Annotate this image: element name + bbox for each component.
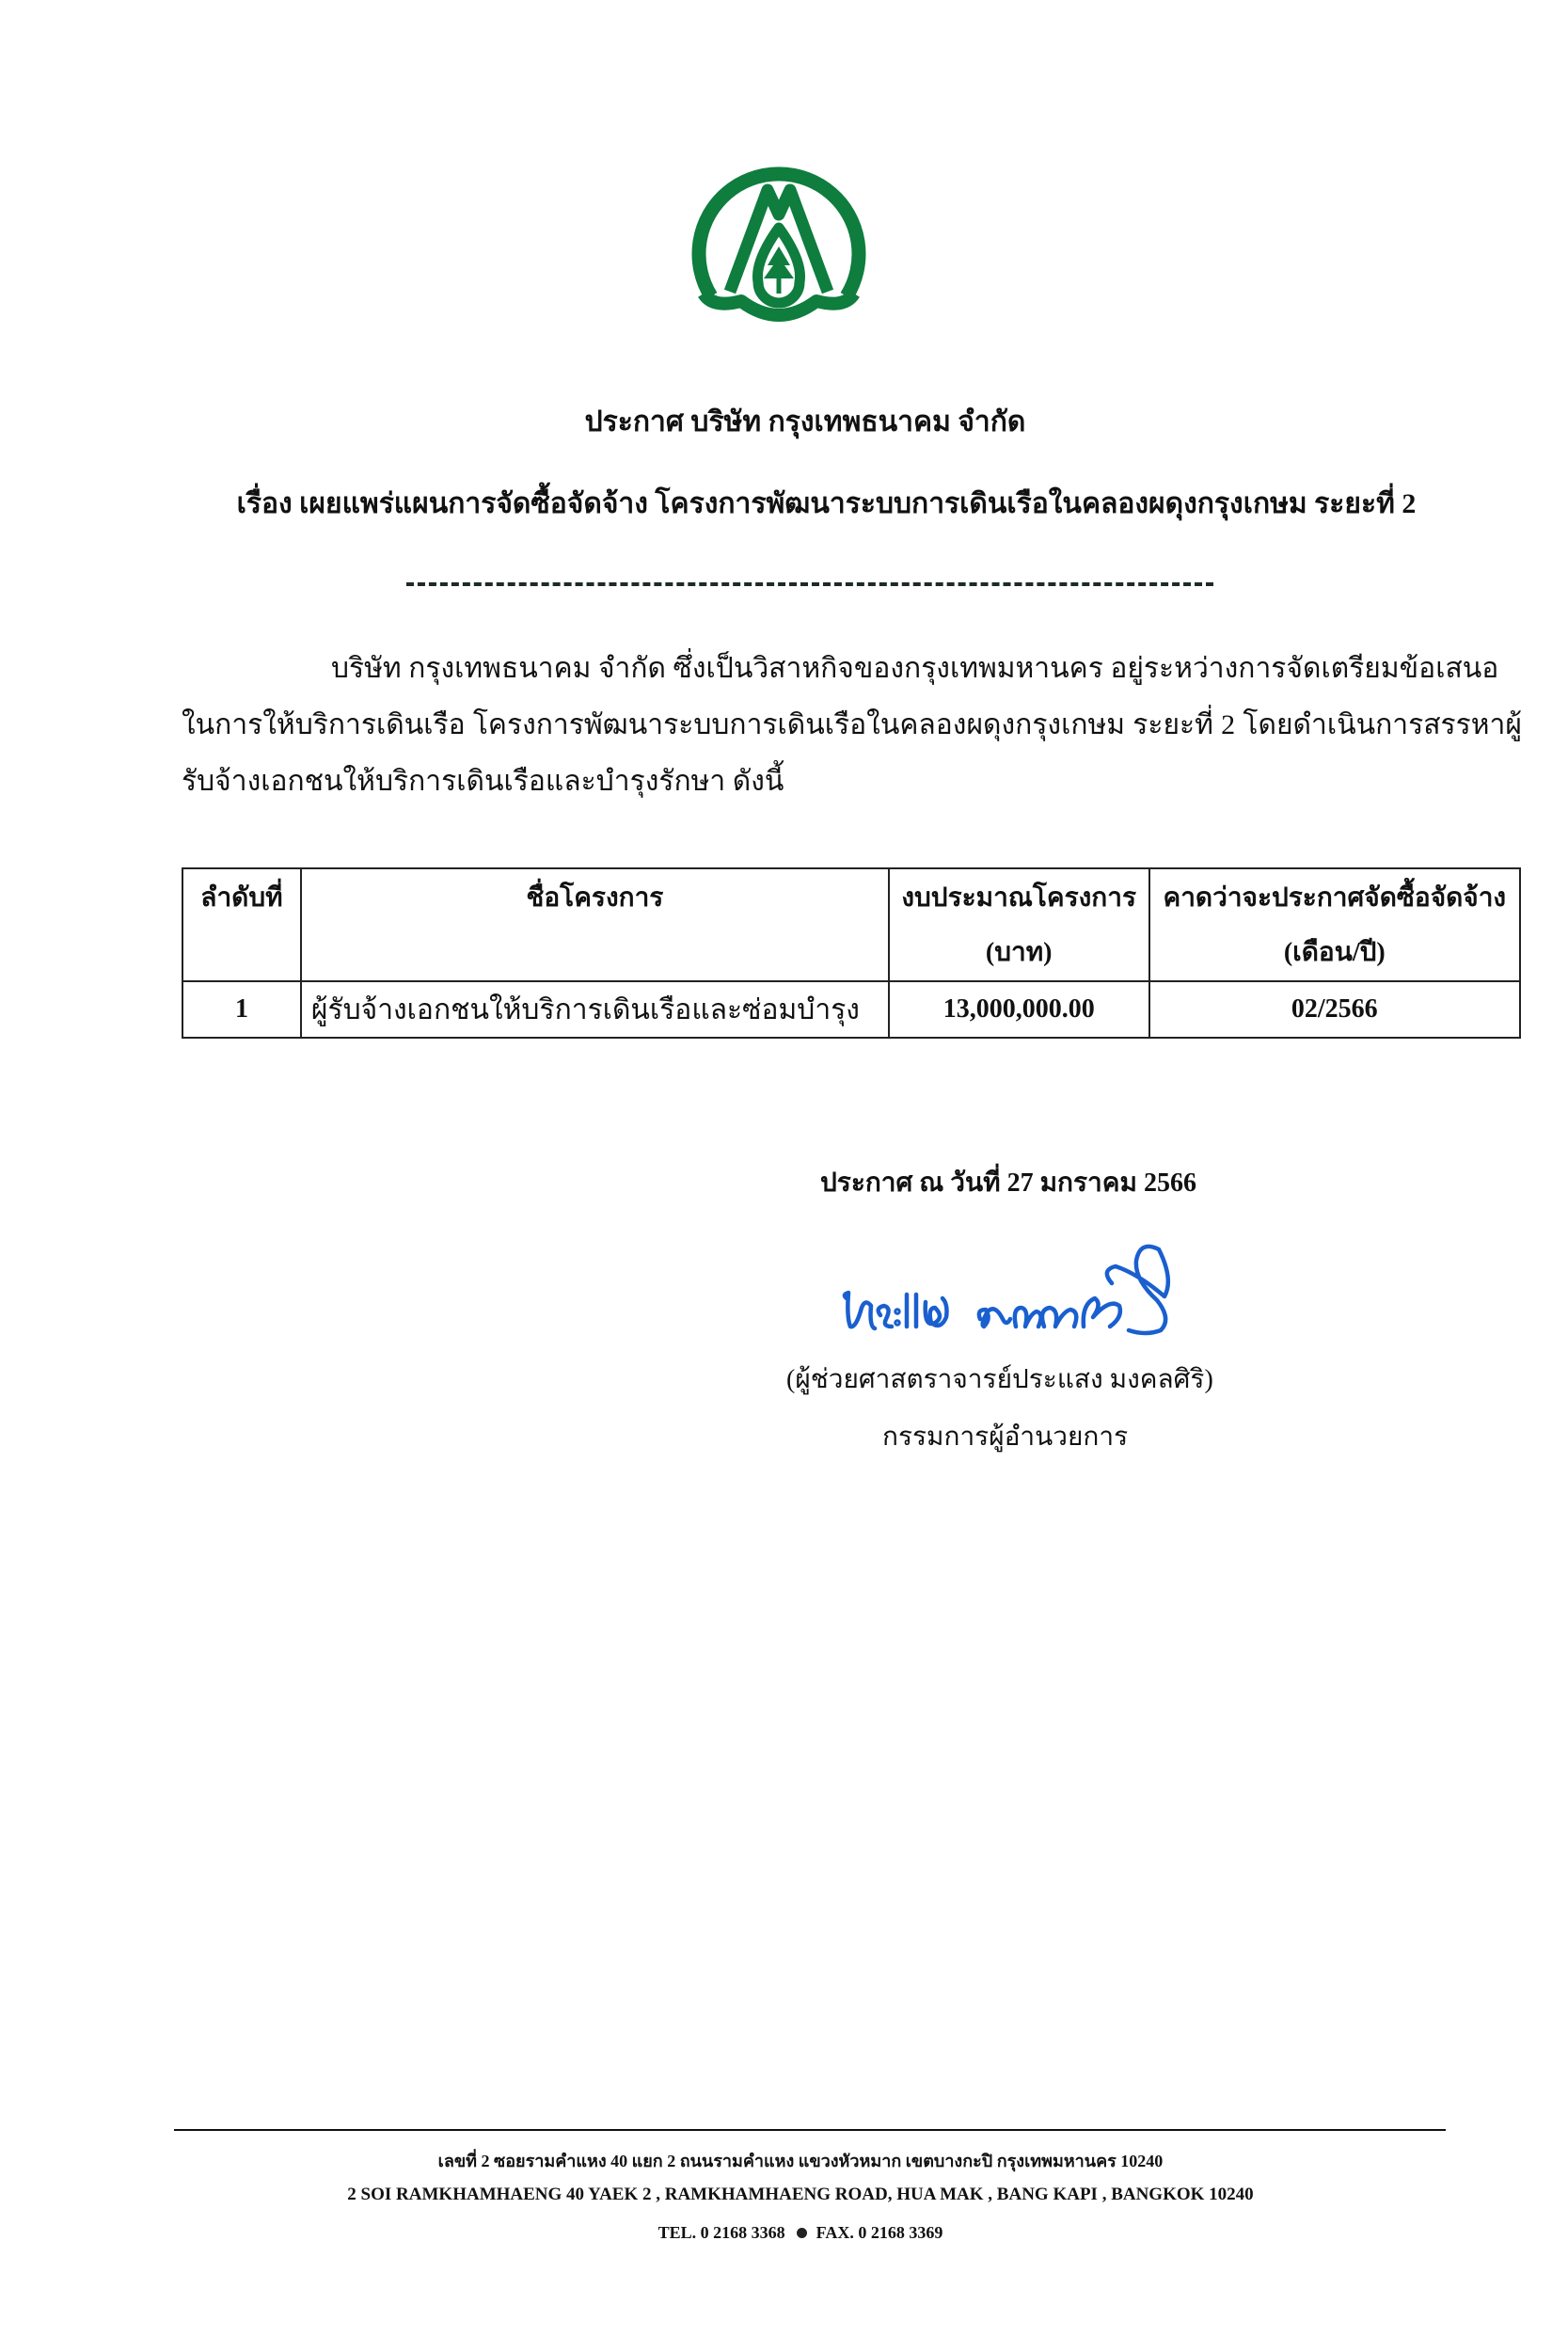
header-budget: งบประมาณโครงการ(บาท) — [889, 868, 1149, 981]
cell-expected-date: 02/2566 — [1149, 981, 1520, 1038]
signer-name: (ผู้ช่วยศาสตราจารย์ประแสง มงคลศิริ) — [786, 1359, 1213, 1400]
announcement-date: ประกาศ ณ วันที่ 27 มกราคม 2566 — [820, 1162, 1196, 1203]
table-row: 1 ผู้รับจ้างเอกชนให้บริการเดินเรือและซ่อ… — [182, 981, 1520, 1038]
handwritten-signature-icon — [837, 1232, 1185, 1345]
signer-position: กรรมการผู้อำนวยการ — [882, 1416, 1128, 1457]
footer-divider — [174, 2129, 1446, 2131]
header-label: ชื่อโครงการ — [526, 883, 663, 913]
procurement-plan-table: ลำดับที่ ชื่อโครงการ งบประมาณโครงการ(บาท… — [182, 867, 1521, 1039]
body-paragraph-line-1: บริษัท กรุงเทพธนาคม จำกัด ซึ่งเป็นวิสาหก… — [331, 646, 1450, 691]
header-sublabel: (บาท) — [986, 938, 1053, 967]
announcement-subject: เรื่อง เผยแพร่แผนการจัดซื้อจัดจ้าง โครงก… — [0, 482, 1568, 526]
header-sublabel: (เดือน/ปี) — [1284, 938, 1386, 967]
header-sequence: ลำดับที่ — [182, 868, 301, 981]
separator-line — [406, 582, 1213, 586]
announcement-title: ประกาศ บริษัท กรุงเทพธนาคม จำกัด — [0, 400, 1568, 444]
footer-fax: FAX. 0 2168 3369 — [816, 2223, 943, 2242]
cell-project-name: ผู้รับจ้างเอกชนให้บริการเดินเรือและซ่อมบ… — [301, 981, 889, 1038]
body-paragraph-line-2: ในการให้บริการเดินเรือ โครงการพัฒนาระบบก… — [182, 703, 1522, 747]
footer-address-thai: เลขที่ 2 ซอยรามคำแหง 40 แยก 2 ถนนรามคำแห… — [0, 2147, 1568, 2174]
footer-address-english: 2 SOI RAMKHAMHAENG 40 YAEK 2 , RAMKHAMHA… — [0, 2185, 1568, 2205]
cell-sequence: 1 — [182, 981, 301, 1038]
header-label: งบประมาณโครงการ — [901, 883, 1136, 913]
table-header-row: ลำดับที่ ชื่อโครงการ งบประมาณโครงการ(บาท… — [182, 868, 1520, 981]
bullet-icon — [797, 2228, 807, 2238]
cell-budget: 13,000,000.00 — [889, 981, 1149, 1038]
header-label: ลำดับที่ — [200, 883, 282, 913]
header-project-name: ชื่อโครงการ — [301, 868, 889, 981]
footer-tel: TEL. 0 2168 3368 — [658, 2223, 785, 2242]
body-paragraph-line-3: รับจ้างเอกชนให้บริการเดินเรือและบำรุงรัก… — [182, 759, 1522, 803]
header-label: คาดว่าจะประกาศจัดซื้อจัดจ้าง — [1163, 883, 1506, 913]
footer-contact: TEL. 0 2168 3368FAX. 0 2168 3369 — [0, 2223, 1568, 2243]
header-expected-date: คาดว่าจะประกาศจัดซื้อจัดจ้าง(เดือน/ปี) — [1149, 868, 1520, 981]
company-logo-icon — [685, 141, 873, 329]
